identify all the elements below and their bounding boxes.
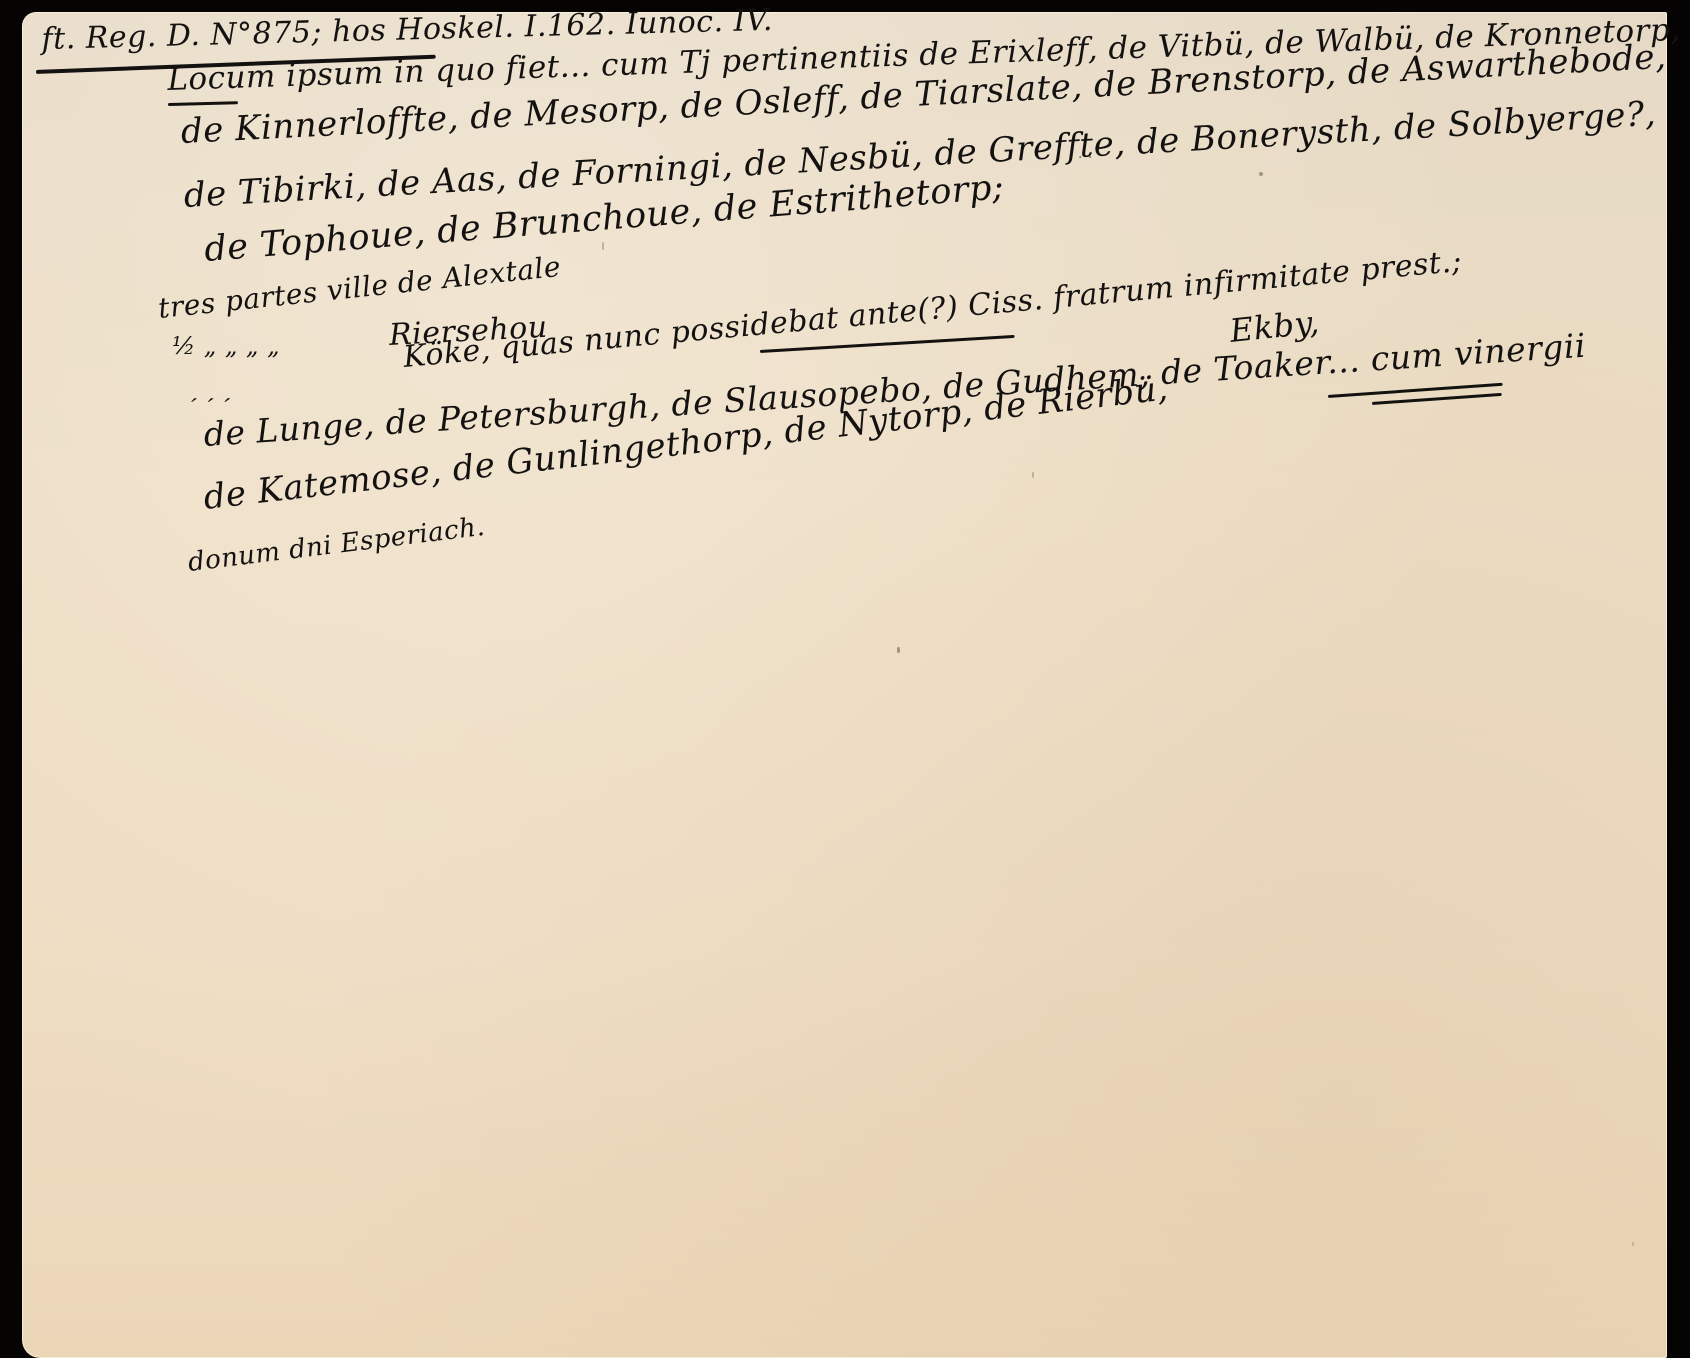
paper-fleck bbox=[897, 647, 900, 653]
paper-fleck bbox=[602, 242, 604, 250]
manuscript-line-8-ditto: ˏ ˏ ˏ bbox=[190, 375, 232, 404]
paper-fleck bbox=[1032, 472, 1034, 478]
paper-fleck bbox=[1632, 1242, 1634, 1246]
manuscript-line-7-ditto: ½ „ „ „ „ bbox=[172, 332, 280, 360]
stray-marks: · · bbox=[1078, 150, 1093, 166]
paper-fleck bbox=[1259, 172, 1263, 176]
